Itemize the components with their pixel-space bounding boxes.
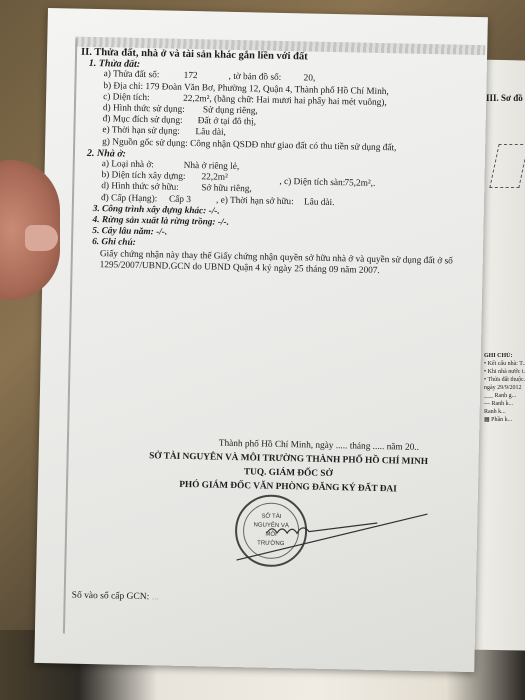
label: a) Loại nhà ở:	[102, 159, 154, 170]
label: d) Hình thức sở hữu:	[101, 182, 179, 194]
note-item: Ranh k...	[484, 408, 525, 416]
note-item: ___ Ranh g...	[484, 392, 525, 400]
page-border	[63, 39, 77, 634]
plot-number: 172	[183, 71, 197, 82]
gcn-number: Số vào sổ cấp GCN: ...	[72, 591, 159, 603]
label: e) Thời hạn sử dụng:	[102, 126, 180, 138]
label: b) Diện tích xây dựng:	[101, 170, 185, 182]
signature-icon	[236, 502, 437, 566]
grade: Cấp 3	[169, 194, 191, 206]
label: g) Nguồn gốc sử dụng:	[102, 137, 188, 149]
note-item: • Thửa đất thuộc...	[484, 376, 525, 384]
label: đ) Cấp (Hạng):	[101, 193, 157, 204]
own-term: Lâu dài.	[304, 197, 335, 209]
note-item: ▦ Phần k...	[484, 416, 525, 424]
build-area: 22,2m²	[201, 172, 228, 184]
notes-heading: GHI CHÚ:	[484, 352, 525, 360]
section-iii-title: III. Sơ đồ	[486, 93, 523, 103]
label: , e) Thời hạn sở hữu:	[216, 195, 294, 208]
certificate-page: II. Thửa đất, nhà ở và tài sản khác gắn …	[34, 8, 488, 672]
map-sheet: 20,	[303, 74, 315, 85]
section-iii-notes: GHI CHÚ: • Kết cấu nhà: T... • Khi nhà n…	[484, 352, 525, 424]
section-ii: II. Thửa đất, nhà ở và tài sản khác gắn …	[75, 47, 480, 279]
note-item: --- Ranh k...	[484, 400, 525, 408]
label: đ) Mục đích sử dụng:	[103, 114, 183, 126]
gcn-value: ...	[152, 592, 159, 602]
note-item: • Khi nhà nước t...	[484, 368, 525, 376]
note-item: ngày 29/9/2012	[484, 384, 525, 392]
note-item: • Kết cấu nhà: T...	[484, 360, 525, 368]
thumbnail	[25, 225, 58, 251]
signature-block: Thành phố Hồ Chí Minh, ngày ..... tháng …	[98, 434, 479, 498]
gcn-label: Số vào sổ cấp GCN:	[72, 591, 150, 603]
label: c) Diện tích:	[103, 92, 150, 103]
label: d) Hình thức sử dụng:	[103, 103, 185, 115]
term: Lâu dài,	[195, 128, 226, 140]
label: a) Thửa đất số:	[104, 70, 160, 81]
label: b) Địa chỉ:	[103, 81, 143, 92]
